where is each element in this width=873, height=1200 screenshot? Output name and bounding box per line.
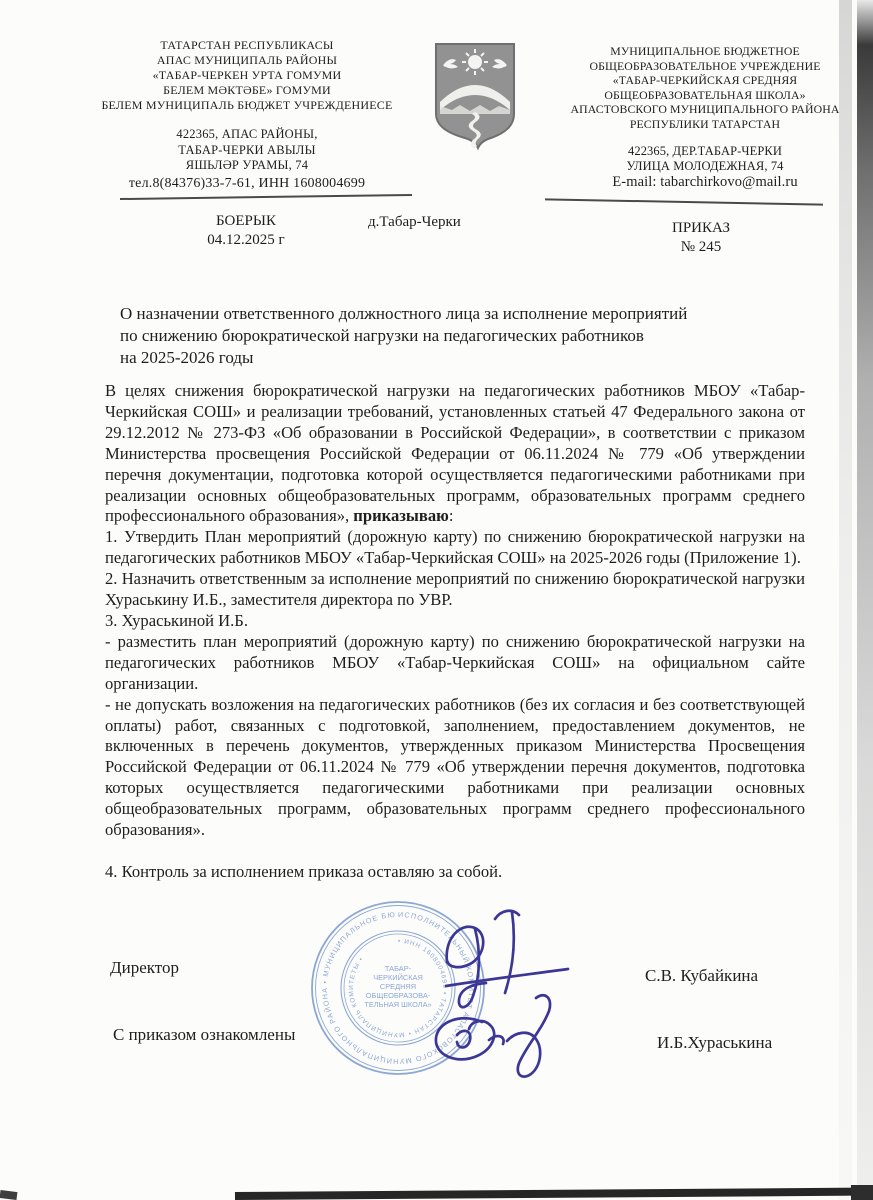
acknowledged-label: С приказом ознакомлены	[113, 1025, 295, 1045]
document-body: В целях снижения бюрократической нагрузк…	[105, 381, 805, 883]
email-line: E-mail: tabarchirkovo@mail.ru	[548, 175, 862, 191]
address-line: 422365, ДЕР.ТАБАР-ЧЕРКИ	[548, 144, 862, 160]
title-line: на 2025-2026 годы	[120, 347, 796, 369]
org-name-tatar-line: АПАС МУНИЦИПАЛЬ РАЙОНЫ	[86, 53, 408, 68]
address-line: УЛИЦА МОЛОДЕЖНАЯ, 74	[548, 159, 862, 175]
org-name-line: МУНИЦИПАЛЬНОЕ БЮДЖЕТНОЕ	[548, 44, 862, 59]
letterhead-divider-left	[120, 194, 412, 200]
order-verb-bold: приказываю	[353, 506, 449, 525]
letterhead-divider-right	[545, 198, 823, 205]
letterhead-right: МУНИЦИПАЛЬНОЕ БЮДЖЕТНОЕ ОБЩЕОБРАЗОВАТЕЛЬ…	[548, 44, 862, 190]
acknowledged-name: И.Б.Хураськина	[657, 1033, 772, 1053]
order-date: 04.12.2025 г	[178, 231, 314, 250]
address-line: 422365, АПАС РАЙОНЫ,	[86, 127, 408, 143]
order-item-1: 1. Утвердить План мероприятий (дорожную …	[105, 527, 805, 569]
stamp-center-line: ТАБАР-	[385, 964, 412, 973]
order-word: ПРИКАЗ	[628, 219, 774, 238]
order-subitem-dash-1: - разместить план мероприятий (дорожную …	[105, 632, 805, 695]
scan-shadow-strip	[839, 0, 852, 1200]
stamp-center-line: СРЕДНЯЯ	[380, 982, 416, 991]
director-name: С.В. Кубайкина	[645, 966, 758, 986]
org-name-tatar-line: ТАТАРСТАН РЕСПУБЛИКАСЫ	[86, 38, 408, 53]
org-name-line: «ТАБАР-ЧЕРКИЙСКАЯ СРЕДНЯЯ	[548, 73, 862, 88]
order-label-russian: ПРИКАЗ № 245	[628, 219, 774, 257]
order-place: д.Табар-Черки	[368, 213, 498, 232]
org-name-line: АПАСТОВСКОГО МУНИЦИПАЛЬНОГО РАЙОНА	[548, 102, 862, 117]
preamble-paragraph: В целях снижения бюрократической нагрузк…	[105, 381, 805, 527]
order-item-3: 3. Хураськиной И.Б.	[105, 611, 805, 632]
org-name-line: РЕСПУБЛИКИ ТАТАРСТАН	[548, 117, 862, 132]
stamp-center-line: ОБЩЕОБРАЗОВА-	[366, 991, 431, 1000]
preamble-colon: :	[449, 506, 454, 525]
title-line: О назначении ответственного должностного…	[120, 303, 796, 325]
scan-bottom-edge	[235, 1188, 873, 1200]
letterhead-left: ТАТАРСТАН РЕСПУБЛИКАСЫ АПАС МУНИЦИПАЛЬ Р…	[86, 38, 408, 191]
org-name-tatar-line: БЕЛЕМ МӘКТӘБЕ» ГОМУМИ	[86, 83, 408, 98]
phone-inn-line: тел.8(84376)33-7-61, ИНН 1608004699	[86, 176, 408, 191]
director-label: Директор	[110, 958, 179, 978]
address-line: ЯШЬЛӘР УРАМЫ, 74	[86, 158, 408, 174]
order-number: № 245	[628, 238, 774, 257]
stamp-center-line: ЧЕРКИЙСКАЯ	[373, 973, 423, 982]
school-round-stamp: ИСПОЛНИТЕЛЬНЫЙ КОМИТЕТ АПАСТОВСКОГО МУНИ…	[303, 893, 493, 1083]
scan-bottom-right-corner	[851, 1185, 873, 1200]
org-name-tatar-line: «ТАБАР-ЧЕРКЕН УРТА ГОМУМИ	[86, 68, 408, 83]
stamp-center-line: ТЕЛЬНАЯ ШКОЛА»	[364, 1000, 431, 1009]
preamble-text: В целях снижения бюрократической нагрузк…	[105, 381, 805, 525]
order-label-tatar: БОЕРЫК 04.12.2025 г	[178, 212, 314, 250]
org-name-line: ОБЩЕОБРАЗОВАТЕЛЬНОЕ УЧРЕЖДЕНИЕ	[548, 59, 862, 74]
org-name-line: ОБЩЕОБРАЗОВАТЕЛЬНАЯ ШКОЛА»	[548, 88, 862, 103]
scan-bottom-left-corner	[0, 1190, 17, 1200]
scan-right-edge	[857, 0, 873, 1200]
document-title: О назначении ответственного должностного…	[120, 303, 796, 369]
address-line: ТАБАР-ЧЕРКИ АВЫЛЫ	[86, 143, 408, 159]
title-line: по снижению бюрократической нагрузки на …	[120, 325, 796, 347]
order-word-tatar: БОЕРЫК	[178, 212, 314, 231]
order-item-4: 4. Контроль за исполнением приказа остав…	[105, 862, 805, 883]
order-item-2: 2. Назначить ответственным за исполнение…	[105, 569, 805, 611]
order-subitem-dash-2: - не допускать возложения на педагогичес…	[105, 695, 805, 841]
scanned-order-document: ТАТАРСТАН РЕСПУБЛИКАСЫ АПАС МУНИЦИПАЛЬ Р…	[0, 0, 873, 1200]
org-name-tatar-line: БЕЛЕМ МУНИЦИПАЛЬ БЮДЖЕТ УЧРЕЖДЕНИЕСЕ	[86, 98, 408, 113]
coat-of-arms-icon	[430, 40, 520, 154]
